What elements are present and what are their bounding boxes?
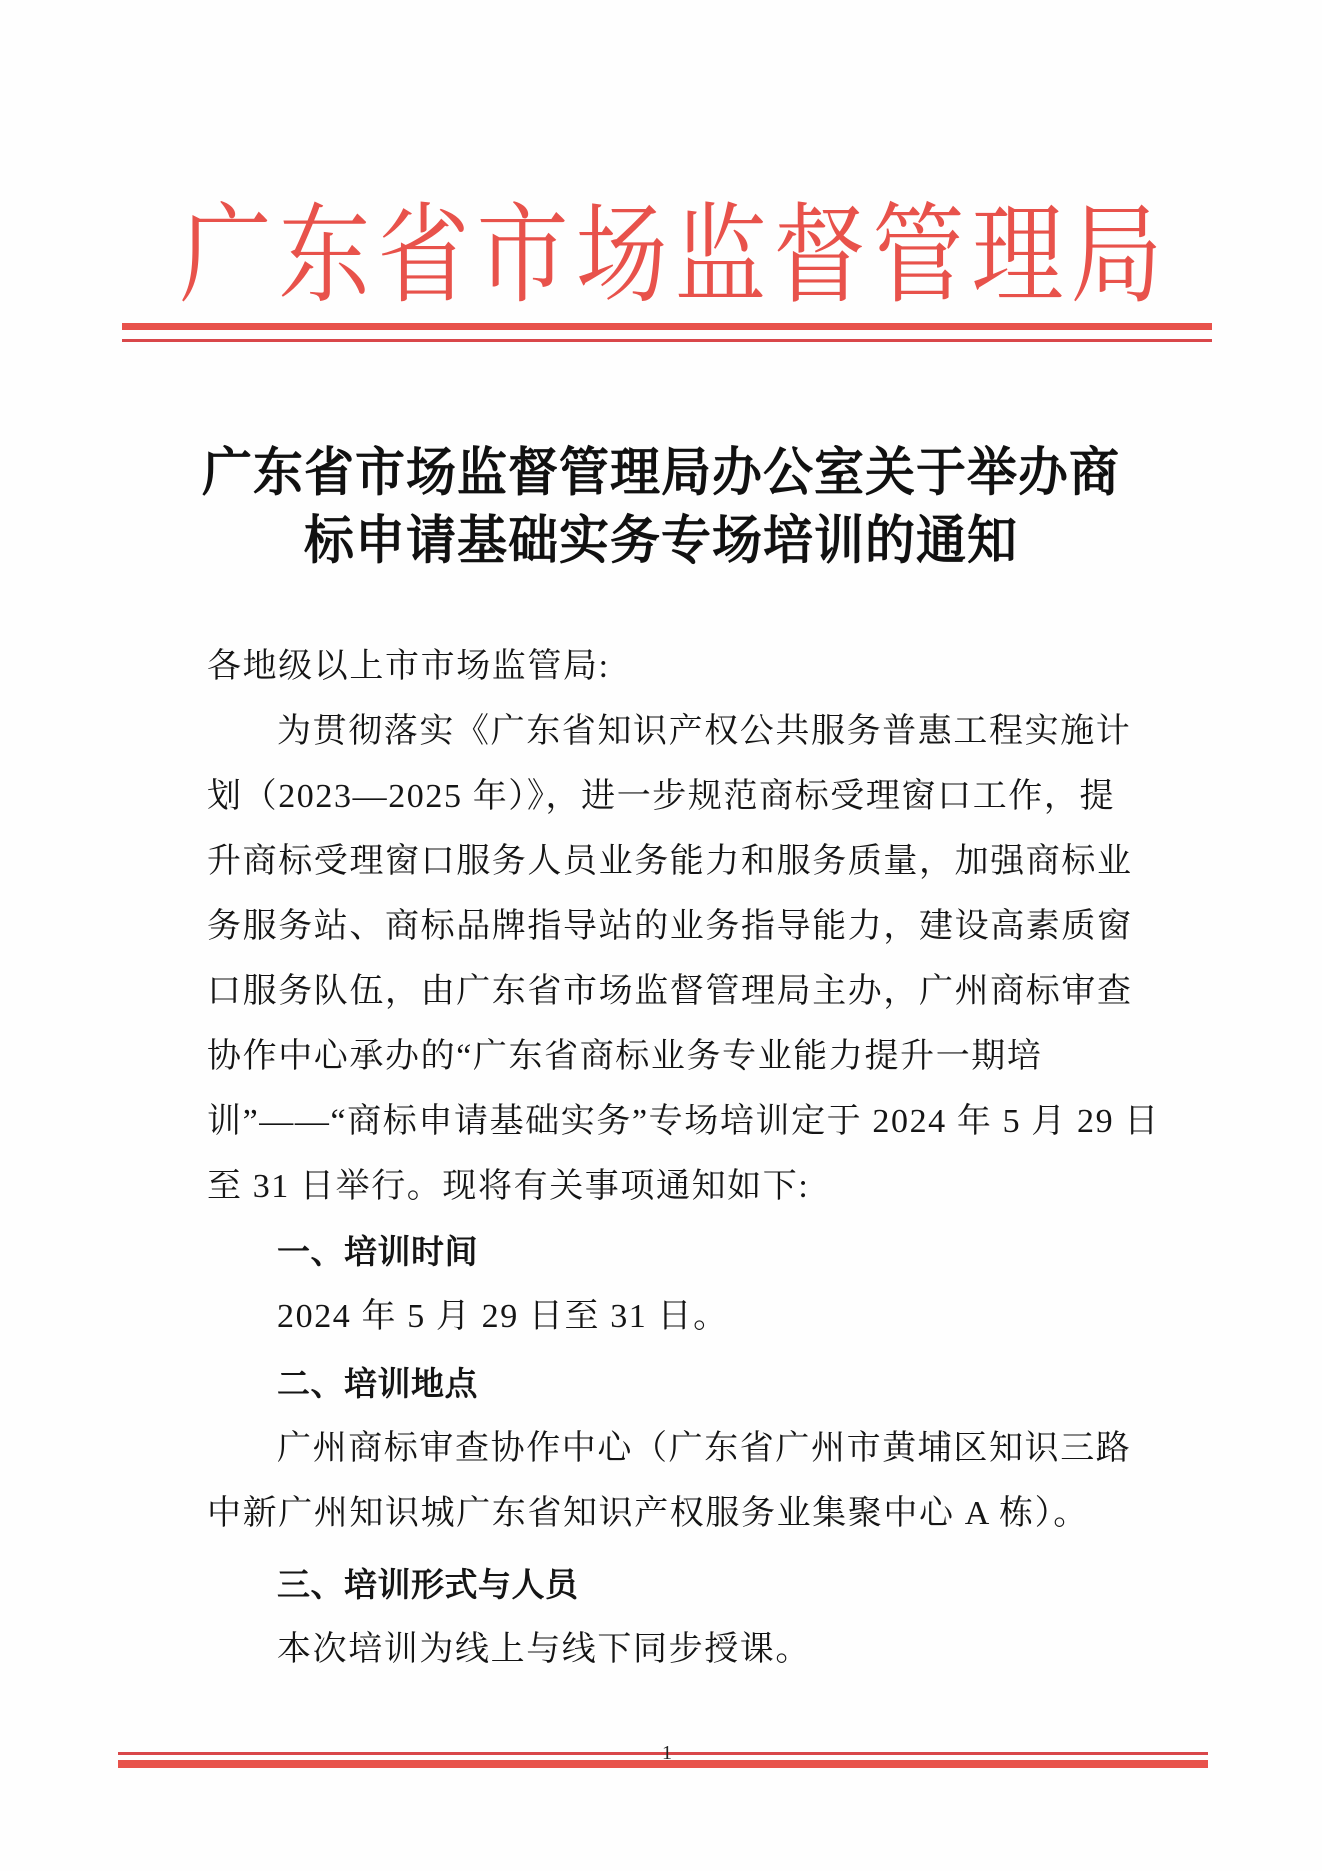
section-text-location: 中新广州知识城广东省知识产权服务业集聚中心 A 栋）。 [207, 1492, 1137, 1536]
letterhead-char: 省 [374, 185, 473, 327]
page-number: 1 [662, 1742, 672, 1765]
paragraph-line: 口服务队伍，由广东省市场监督管理局主办，广州商标审查 [207, 970, 1137, 1014]
paragraph-line: 务服务站、商标品牌指导站的业务指导能力，建设高素质窗 [207, 905, 1137, 949]
document-page: 广 东 省 市 场 监 督 管 理 局 广东省市场监督管理局办公室关于举办商 标… [0, 0, 1322, 1871]
letterhead-char: 管 [869, 185, 968, 327]
letterhead-char: 督 [770, 185, 869, 327]
paragraph-line: 划（2023—2025 年）》，进一步规范商标受理窗口工作，提 [207, 775, 1137, 819]
letterhead-char: 东 [275, 185, 374, 327]
letterhead-title: 广 东 省 市 场 监 督 管 理 局 [176, 196, 1166, 316]
paragraph-line: 至 31 日举行。现将有关事项通知如下: [207, 1165, 1137, 1209]
letterhead-thick-rule [122, 323, 1212, 330]
section-text-format: 本次培训为线上与线下同步授课。 [277, 1628, 1207, 1672]
section-text-location: 广州商标审查协作中心（广东省广州市黄埔区知识三路 [277, 1427, 1207, 1471]
section-heading-time: 一、培训时间 [277, 1230, 1207, 1274]
paragraph-line: 训”——“商标申请基础实务”专场培训定于 2024 年 5 月 29 日 [207, 1100, 1137, 1144]
paragraph-line: 升商标受理窗口服务人员业务能力和服务质量，加强商标业 [207, 840, 1137, 884]
section-text-time: 2024 年 5 月 29 日至 31 日。 [277, 1295, 1207, 1339]
letterhead-char: 场 [572, 185, 671, 327]
letterhead-char: 广 [176, 185, 275, 327]
salutation: 各地级以上市市场监管局: [207, 645, 1137, 689]
letterhead-char: 理 [968, 185, 1067, 327]
paragraph-line: 协作中心承办的“广东省商标业务专业能力提升一期培 [207, 1035, 1137, 1079]
section-heading-location: 二、培训地点 [277, 1362, 1207, 1406]
letterhead-thin-rule [122, 339, 1212, 342]
section-heading-format: 三、培训形式与人员 [277, 1563, 1207, 1607]
paragraph-line: 为贯彻落实《广东省知识产权公共服务普惠工程实施计 [277, 710, 1207, 754]
letterhead-char: 市 [473, 185, 572, 327]
letterhead-char: 监 [671, 185, 770, 327]
document-title-line-2: 标申请基础实务专场培训的通知 [150, 498, 1172, 574]
document-title-line-1: 广东省市场监督管理局办公室关于举办商 [150, 430, 1172, 506]
letterhead-char: 局 [1067, 185, 1166, 327]
